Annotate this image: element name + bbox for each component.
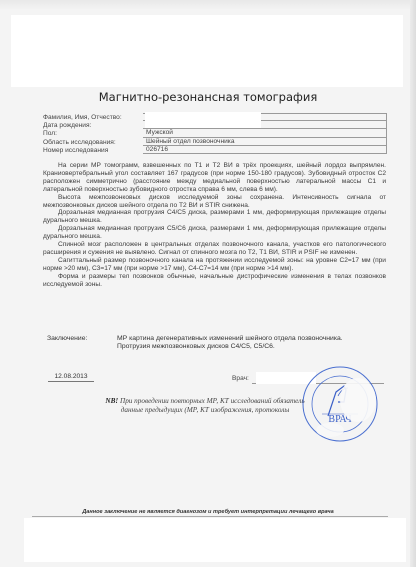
disclaimer-text: Данное заключение не является диагнозом …	[0, 509, 416, 515]
redacted-footer	[24, 518, 406, 562]
doctor-stamp-icon: ВРАЧ	[300, 366, 380, 446]
finding-paragraph: Спинной мозг расположен в центральных от…	[43, 241, 386, 257]
nb-line-1: При проведении повторных МР, КТ исследов…	[120, 397, 305, 405]
report-date: 12.08.2013	[48, 373, 94, 382]
nb-prefix: NB!	[105, 397, 118, 405]
conclusion-line: МР картина дегенеративных изменений шейн…	[117, 335, 397, 343]
label-full-name: Фамилия, Имя, Отчество:	[43, 114, 122, 122]
document-title: Магнитно-резонансная томография	[0, 90, 416, 104]
finding-paragraph: Форма и размеры тел позвонков обычные, н…	[43, 273, 386, 289]
disclaimer-divider	[32, 516, 388, 517]
doctor-label: Врач:	[232, 375, 249, 382]
conclusion-text: МР картина дегенеративных изменений шейн…	[117, 335, 397, 351]
label-study-number: Номер исследования	[43, 147, 122, 155]
value-study-number: 026716	[143, 146, 386, 154]
finding-paragraph: Дорзальная медианная протрузия С5/С6 дис…	[43, 225, 386, 241]
conclusion-label: Заключение:	[47, 335, 87, 343]
value-study-area: Шейный отдел позвоночника	[143, 138, 386, 146]
patient-info-labels: Фамилия, Имя, Отчество: Дата рождения: П…	[43, 114, 122, 155]
finding-paragraph: Дорзальная медианная протрузия С4/С5 дис…	[43, 209, 386, 225]
scan-shadow-right	[410, 0, 416, 567]
label-sex: Пол:	[43, 130, 122, 138]
value-sex: Мужской	[143, 129, 386, 137]
scan-shadow-top	[0, 0, 416, 10]
label-birth-date: Дата рождения:	[43, 122, 122, 130]
conclusion-line: Протрузия межпозвонковых дисков С4/С5, С…	[117, 343, 397, 351]
finding-paragraph: Сагиттальный размер позвоночного канала …	[43, 257, 386, 273]
label-study-area: Область исследования:	[43, 139, 122, 147]
finding-paragraph: Высота межпозвонковых дисков исследуемой…	[43, 194, 386, 210]
finding-paragraph: На серии МР томограмм, взвешенных по Т1 …	[43, 162, 386, 194]
redacted-patient-name	[145, 112, 261, 128]
redacted-header	[11, 15, 403, 87]
findings-text: На серии МР томограмм, взвешенных по Т1 …	[43, 162, 386, 289]
